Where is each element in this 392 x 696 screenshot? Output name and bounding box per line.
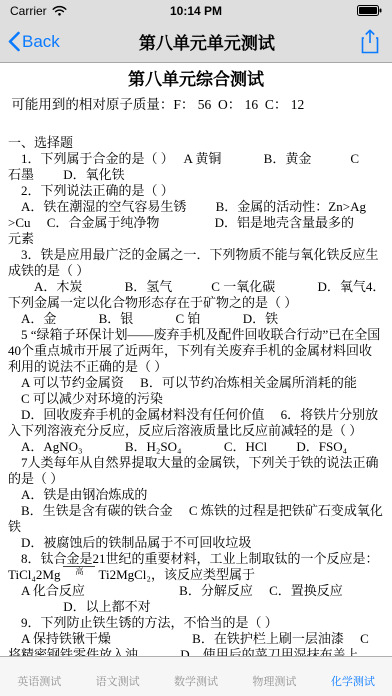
document-title: 第八单元综合测试 [8, 69, 384, 91]
text-line: 石墨 D．氧化铁 [8, 167, 384, 183]
equation-products: Ti2MgCl₂，该反应类型属于 [98, 567, 254, 582]
text-line: 利用的说法不正确的是（ ） [8, 359, 384, 375]
text-line: A．AgNO₃ B．H₂SO₄ C．HCl D．FSO₄ [8, 439, 384, 455]
text-line: 将精密钢铁零件放入油 D．使用后的菜刀用湿抹布盖上 [8, 647, 384, 656]
text-line: 7人类每年从自然界提取大量的金属铁，下列关于铁的说法正确 [8, 455, 384, 471]
text-line: >Cu C．合金属于纯净物 D．铝是地壳含量最多的 [8, 215, 384, 231]
tab-item[interactable]: 化学测试 [314, 657, 392, 696]
text-line: 成铁的是（ ） [8, 263, 384, 279]
tab-item[interactable]: 物理测试 [235, 657, 313, 696]
text-line: A．铁是由钢冶炼成的 [8, 487, 384, 503]
chemical-equation: TiCl₄2Mg高Ti2MgCl₂，该反应类型属于 [8, 567, 384, 583]
tab-bar: 英语测试语文测试数学测试物理测试化学测试 [0, 656, 392, 696]
back-chevron-icon [8, 31, 20, 52]
navigation-bar: Back 第八单元单元测试 [0, 21, 392, 63]
text-line: A．木炭 B．氢气 C 一氧化碳 D．氧气4． [8, 279, 384, 295]
text-line: C 可以减少对环境的污染 [8, 391, 384, 407]
app-screen: Carrier 10:14 PM [0, 0, 392, 696]
document-view[interactable]: 第八单元综合测试 可能用到的相对原子质量：F： 56 O： 16 C： 12 一… [0, 63, 392, 656]
text-line: A 保持铁锹干燥 B．在铁护栏上刷一层油漆 C [8, 631, 384, 647]
text-line: A．金 B．银 C 铂 D．铁 [8, 311, 384, 327]
text-line: 元素 [8, 231, 384, 247]
back-button[interactable]: Back [0, 31, 66, 52]
tab-item[interactable]: 语文测试 [78, 657, 156, 696]
text-line: A．铁在潮湿的空气容易生锈 B．金属的活动性：Zn>Ag [8, 199, 384, 215]
share-button[interactable] [348, 29, 392, 54]
text-line: 的是（ ） [8, 471, 384, 487]
text-line: 8．钛合金是21世纪的重要材料，工业上制取钛的一个反应是： [8, 551, 384, 567]
text-line: 一、选择题 [8, 135, 384, 151]
text-line: 1．下列属于合金的是（ ） A 黄铜 B．黄金 C [8, 151, 384, 167]
text-line: 5 “绿箱子环保计划——废弃手机及配件回收联合行动”已在全国 [8, 327, 384, 343]
text-line: 入下列溶液充分反应，反应后溶液质量比反应前减轻的是（ ） [8, 423, 384, 439]
clock: 10:14 PM [130, 4, 262, 18]
text-line: D．被腐蚀后的铁制品属于不可回收垃圾 [8, 535, 384, 551]
battery-icon [357, 5, 382, 16]
text-line: A 化合反应 B．分解反应 C．置换反应 [8, 583, 384, 599]
tab-item[interactable]: 数学测试 [157, 657, 235, 696]
text-line: 铁 [8, 519, 384, 535]
text-line: A 可以节约金属资 B．可以节约冶炼相关金属所消耗的能 [8, 375, 384, 391]
text-line: 9．下列防止铁生锈的方法，不恰当的是（ ） [8, 615, 384, 631]
text-line: 40个重点城市开展了近两年，下列有关废弃手机的金属材料回收 [8, 343, 384, 359]
carrier-label: Carrier [10, 4, 47, 18]
wifi-icon [52, 5, 67, 16]
reaction-condition-label: 高 [63, 566, 95, 576]
text-line: 3．铁是应用最广泛的金属之一．下列物质不能与氧化铁反应生 [8, 247, 384, 263]
status-bar: Carrier 10:14 PM [0, 0, 392, 21]
equation-reactants: TiCl₄2Mg [8, 567, 60, 582]
text-line: 下列金属一定以化合物形态存在于矿物之的是（ ） [8, 295, 384, 311]
text-line: B．生铁是含有碳的铁合金 C 炼铁的过程是把铁矿石变成氧化 [8, 503, 384, 519]
page-title: 第八单元单元测试 [66, 29, 348, 54]
document-body-bottom: A 化合反应 B．分解反应 C．置换反应 D．以上都不对 9．下列防止铁生锈的方… [8, 583, 384, 656]
text-line: D．回收废弃手机的金属材料没有任何价值 6．将铁片分别放 [8, 407, 384, 423]
document-subtitle: 可能用到的相对原子质量：F： 56 O： 16 C： 12 [8, 95, 384, 115]
back-button-label: Back [22, 32, 60, 52]
text-line: D．以上都不对 [8, 599, 384, 615]
share-icon [360, 29, 380, 54]
text-line: 2．下列说法正确的是（ ） [8, 183, 384, 199]
tab-item[interactable]: 英语测试 [0, 657, 78, 696]
document-body-top: 一、选择题 1．下列属于合金的是（ ） A 黄铜 B．黄金 C石墨 D．氧化铁 … [8, 135, 384, 567]
